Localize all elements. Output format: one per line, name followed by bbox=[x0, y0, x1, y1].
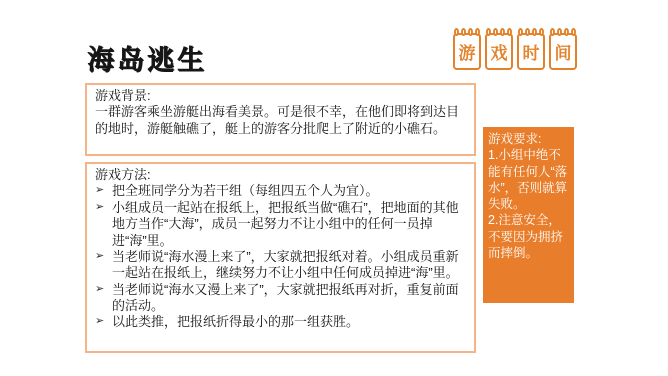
list-item-text: 小组成员一起站在报纸上，把报纸当做“礁石”，把地面的其他地方当作“大海”，成员一… bbox=[112, 200, 466, 249]
list-item: ➢ 以此类推，把报纸折得最小的那一组获胜。 bbox=[95, 314, 466, 330]
game-background-text: 一群游客乘坐游艇出海看美景。可是很不幸，在他们即将到达目的地时，游艇触礁了，艇上… bbox=[95, 104, 466, 137]
tile-char: 间 bbox=[549, 33, 577, 70]
game-time-tiles: 游 戏 时 间 bbox=[453, 28, 577, 70]
requirement-item: 1.小组中绝不能有任何人“落水”，否则就算失败。 bbox=[488, 147, 569, 212]
arrow-bullet-icon: ➢ bbox=[95, 200, 112, 215]
tile-you: 游 bbox=[453, 28, 481, 70]
list-item: ➢ 当老师说“海水漫上来了”，大家就把报纸对着。小组成员重新一起站在报纸上，继续… bbox=[95, 249, 466, 282]
game-background-box: 游戏背景: 一群游客乘坐游艇出海看美景。可是很不幸，在他们即将到达目的地时，游艇… bbox=[85, 83, 476, 156]
arrow-bullet-icon: ➢ bbox=[95, 183, 112, 198]
spiral-binding-icon bbox=[454, 28, 480, 36]
spiral-binding-icon bbox=[518, 28, 544, 36]
page-title: 海岛逃生 bbox=[87, 38, 207, 77]
arrow-bullet-icon: ➢ bbox=[95, 282, 112, 297]
arrow-bullet-icon: ➢ bbox=[95, 314, 112, 329]
tile-char: 游 bbox=[453, 33, 481, 70]
tile-shi: 时 bbox=[517, 28, 545, 70]
arrow-bullet-icon: ➢ bbox=[95, 249, 112, 264]
list-item-text: 当老师说“海水漫上来了”，大家就把报纸对着。小组成员重新一起站在报纸上，继续努力… bbox=[112, 249, 466, 282]
slide: 海岛逃生 游 戏 时 间 游戏背景: 一群游客乘坐 bbox=[0, 0, 668, 376]
list-item: ➢ 当老师说“海水又漫上来了”，大家就把报纸再对折，重复前面的活动。 bbox=[95, 282, 466, 315]
game-requirements-box: 游戏要求: 1.小组中绝不能有任何人“落水”，否则就算失败。 2.注意安全，不要… bbox=[483, 127, 574, 303]
tile-jian: 间 bbox=[549, 28, 577, 70]
tile-char: 戏 bbox=[485, 33, 513, 70]
list-item: ➢ 把全班同学分为若干组（每组四五个人为宜）。 bbox=[95, 183, 466, 199]
game-method-box: 游戏方法: ➢ 把全班同学分为若干组（每组四五个人为宜）。 ➢ 小组成员一起站在… bbox=[85, 162, 476, 353]
list-item-text: 当老师说“海水又漫上来了”，大家就把报纸再对折，重复前面的活动。 bbox=[112, 282, 466, 315]
tile-xi: 戏 bbox=[485, 28, 513, 70]
game-method-heading: 游戏方法: bbox=[95, 167, 466, 183]
tile-char: 时 bbox=[517, 33, 545, 70]
spiral-binding-icon bbox=[486, 28, 512, 36]
list-item-text: 把全班同学分为若干组（每组四五个人为宜）。 bbox=[112, 183, 466, 199]
list-item: ➢ 小组成员一起站在报纸上，把报纸当做“礁石”，把地面的其他地方当作“大海”，成… bbox=[95, 200, 466, 249]
game-requirements-heading: 游戏要求: bbox=[488, 132, 541, 146]
game-background-heading: 游戏背景: bbox=[95, 88, 466, 104]
requirement-item: 2.注意安全，不要因为拥挤而摔倒。 bbox=[488, 212, 569, 261]
list-item-text: 以此类推，把报纸折得最小的那一组获胜。 bbox=[112, 314, 466, 330]
spiral-binding-icon bbox=[550, 28, 576, 36]
